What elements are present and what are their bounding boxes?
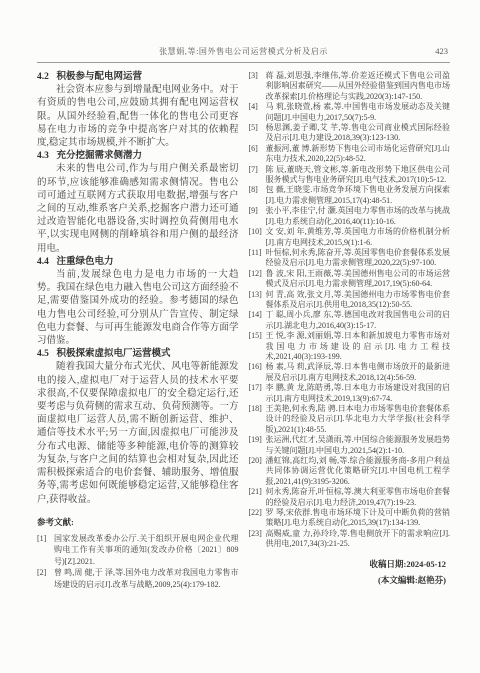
section-paragraph: 未来的售电公司,作为与用户侧关系最密切的环节,应该能够准确感知需求侧情况。售电公… xyxy=(37,163,239,255)
reference-number: [19] xyxy=(249,435,266,456)
reference-item: [12]鲁 波,宋 阳,王雨薇,等.美国德州售电公司的市场运营模式及启示[J].… xyxy=(249,269,451,290)
reference-item: [3]蒋 磊,刘思强,李继伟,等.价差返还模式下售电公司盈利影响因素研究——从国… xyxy=(249,71,451,102)
section-paragraph: 随着我国大量分布式光伏、风电等新能源发电的接入,虚拟电厂对于运营人员的技术水平要… xyxy=(37,361,239,506)
reference-item: [18]王美艳,何永秀,陆 骋.日本电力市场零售电价套餐体系设计的经验及启示[J… xyxy=(249,404,451,435)
paper-page: 张慧娟,等:国外售电公司运营模式分析及启示 423 4.2积极参与配电网运营 社… xyxy=(0,0,480,673)
reference-number: [12] xyxy=(249,269,266,290)
section-title: 充分挖掘需求侧潜力 xyxy=(56,151,142,161)
reference-item: [2]曾 鸣,周 健,于 泽,等.国外电力改革对我国电力零售市场建设的启示[J]… xyxy=(37,567,239,590)
reference-number: [4] xyxy=(249,102,266,123)
section-heading: 4.5积极探索虚拟电厂运营模式 xyxy=(37,348,239,361)
reference-number: [14] xyxy=(249,310,266,331)
reference-number: [5] xyxy=(249,123,266,144)
reference-text: 马 莉,张晓萱,杨 素,等.中国售电市场发展动态及关键问题[J].中国电力,20… xyxy=(266,102,451,123)
section-number: 4.2 xyxy=(37,72,49,82)
reference-item: [15]王 悦,李 源,刘丽娟,等.日本和新加坡电力零售市场对我国电力市场建设的… xyxy=(249,331,451,362)
section-paragraph: 社会资本应参与到增量配电网业务中。对于有资质的售电公司,应鼓励其拥有配电网运营权… xyxy=(37,84,239,150)
reference-item: [23]高赐威,童 力,孙玲玲,等.售电侧放开下的需求响应[J].供用电,201… xyxy=(249,529,451,550)
section-number: 4.3 xyxy=(37,151,49,161)
section-title: 积极参与配电网运营 xyxy=(56,72,142,82)
references-heading: 参考文献: xyxy=(37,516,239,528)
section-heading: 4.3充分挖掘需求侧潜力 xyxy=(37,150,239,163)
reference-text: 丁 聪,周小兵,廖 东,等.德国电改对我国售电公司的启示[J].湖北电力,201… xyxy=(266,310,451,331)
reference-number: [23] xyxy=(249,529,266,550)
reference-item: [7]陈 辰,董晓天,管文彬,等.新电改形势下地区供电公司服务模式与售电业务研究… xyxy=(249,165,451,186)
reference-number: [13] xyxy=(249,290,266,311)
reference-item: [19]张运洲,代红才,吴潇雨,等.中国综合能源服务发展趋势与关键问题[J].中… xyxy=(249,435,451,456)
left-column: 4.2积极参与配电网运营 社会资本应参与到增量配电网业务中。对于有资质的售电公司… xyxy=(37,71,239,591)
reference-number: [21] xyxy=(249,487,266,508)
reference-number: [16] xyxy=(249,362,266,383)
reference-text: 包 薇,王晓雯.市场竞争环境下售电业务发展方向探索[J].电力需求侧管理,201… xyxy=(266,185,451,206)
reference-number: [10] xyxy=(249,227,266,248)
reference-text: 王 悦,李 源,刘丽娟,等.日本和新加坡电力零售市场对我国电力市场建设的启示[J… xyxy=(266,331,451,362)
right-column: [3]蒋 磊,刘思强,李继伟,等.价差返还模式下售电公司盈利影响因素研究——从国… xyxy=(249,71,451,591)
reference-number: [8] xyxy=(249,185,266,206)
section-number: 4.5 xyxy=(37,349,49,359)
reference-item: [10]文 安,刘 年,黄维芳,等.英国电力市场的价格机制分析[J].南方电网技… xyxy=(249,227,451,248)
section-heading: 4.4注重绿色电力 xyxy=(37,256,239,269)
reference-text: 曾 鸣,周 健,于 泽,等.国外电力改革对我国电力零售市场建设的启示[J].改革… xyxy=(54,567,239,590)
reference-text: 张小平,李佳宁,付 灏.英国电力零售市场的改革与挑战[J].电力系统自动化,20… xyxy=(266,206,451,227)
reference-number: [20] xyxy=(249,456,266,487)
reference-number: [11] xyxy=(249,248,266,269)
reference-item: [17]李 鹏,黄 龙,陈皓勇,等.日本电力市场建设对我国的启示[J].南方电网… xyxy=(249,383,451,404)
reference-item: [11]叶恒棕,何永秀,陈奋开,等.英国零售电价套餐体系发展经验及启示[J].电… xyxy=(249,248,451,269)
received-date-value: 2024-05-12 xyxy=(406,559,446,569)
reference-text: 陈 辰,董晓天,管文彬,等.新电改形势下地区供电公司服务模式与售电业务研究[J]… xyxy=(266,165,451,186)
section-title: 积极探索虚拟电厂运营模式 xyxy=(56,349,170,359)
reference-number: [2] xyxy=(37,567,54,590)
section-number: 4.4 xyxy=(37,257,49,267)
reference-text: 鲁 波,宋 阳,王雨薇,等.美国德州售电公司的市场运营模式及启示[J].电力需求… xyxy=(266,269,451,290)
reference-text: 蒋 磊,刘思强,李继伟,等.价差返还模式下售电公司盈利影响因素研究——从国外经验… xyxy=(266,71,451,102)
reference-item: [4]马 莉,张晓萱,杨 素,等.中国售电市场发展动态及关键问题[J].中国电力… xyxy=(249,102,451,123)
reference-item: [22]罗 琴,宋依群.售电市场环境下计及可中断负荷的营销策略[J].电力系统自… xyxy=(249,508,451,529)
reference-item: [8]包 薇,王晓雯.市场竞争环境下售电业务发展方向探索[J].电力需求侧管理,… xyxy=(249,185,451,206)
reference-text: 叶恒棕,何永秀,陈奋开,等.英国零售电价套餐体系发展经验及启示[J].电力需求侧… xyxy=(266,248,451,269)
page-header: 张慧娟,等:国外售电公司运营模式分析及启示 423 xyxy=(37,46,450,59)
reference-text: 何 青,高 效,张文月,等.美国德州电力市场零售电价套餐体系及启示[J].供用电… xyxy=(266,290,451,311)
reference-number: [1] xyxy=(37,533,54,568)
reference-number: [22] xyxy=(249,508,266,529)
reference-text: 王美艳,何永秀,陆 骋.日本电力市场零售电价套餐体系设计的经验及启示[J].华北… xyxy=(266,404,451,435)
section-paragraph: 当前,发展绿色电力是电力市场的一大趋势。我国在绿色电力融入售电公司这方面经验不足… xyxy=(37,269,239,348)
reference-number: [6] xyxy=(249,144,266,165)
reference-text: 张运洲,代红才,吴潇雨,等.中国综合能源服务发展趋势与关键问题[J].中国电力,… xyxy=(266,435,451,456)
section-title: 注重绿色电力 xyxy=(56,257,113,267)
received-date-line: 收稿日期:2024-05-12 xyxy=(249,558,451,570)
reference-item: [9]张小平,李佳宁,付 灏.英国电力零售市场的改革与挑战[J].电力系统自动化… xyxy=(249,206,451,227)
reference-number: [17] xyxy=(249,383,266,404)
reference-text: 文 安,刘 年,黄维芳,等.英国电力市场的价格机制分析[J].南方电网技术,20… xyxy=(266,227,451,248)
reference-text: 董振河,董 博.新形势下售电公司市场化运营研究[J].山东电力技术,2020,2… xyxy=(266,144,451,165)
section-heading: 4.2积极参与配电网运营 xyxy=(37,71,239,84)
header-rule xyxy=(37,62,450,63)
reference-number: [18] xyxy=(249,404,266,435)
reference-number: [9] xyxy=(249,206,266,227)
two-column-body: 4.2积极参与配电网运营 社会资本应参与到增量配电网业务中。对于有资质的售电公司… xyxy=(37,71,450,591)
reference-item: [20]潘虹锦,高红均,刘 畅,等.综合能源服务商-多用户利益共同体协调运营优化… xyxy=(249,456,451,487)
reference-text: 杨思渊,姜子卿,艾 芊,等.售电公司商业模式国际经验及启示[J].电力建设,20… xyxy=(266,123,451,144)
reference-text: 何永秀,陈奋开,叶恒棕,等.澳大利亚零售市场电价套餐的经验及启示[J].电力经济… xyxy=(266,487,451,508)
received-date-label: 收稿日期: xyxy=(369,559,406,569)
reference-number: [7] xyxy=(249,165,266,186)
running-title: 张慧娟,等:国外售电公司运营模式分析及启示 xyxy=(37,46,450,57)
editor-note: (本文编辑:赵艳芬) xyxy=(249,574,451,586)
reference-item: [21]何永秀,陈奋开,叶恒棕,等.澳大利亚零售市场电价套餐的经验及启示[J].… xyxy=(249,487,451,508)
reference-item: [16]杨 素,马 莉,武泽辰,等.日本售电侧市场放开的最新进展及启示[J].南… xyxy=(249,362,451,383)
reference-item: [5]杨思渊,姜子卿,艾 芊,等.售电公司商业模式国际经验及启示[J].电力建设… xyxy=(249,123,451,144)
reference-item: [14]丁 聪,周小兵,廖 东,等.德国电改对我国售电公司的启示[J].湖北电力… xyxy=(249,310,451,331)
reference-text: 罗 琴,宋依群.售电市场环境下计及可中断负荷的营销策略[J].电力系统自动化,2… xyxy=(266,508,451,529)
reference-item: [1]国家发展改革委办公厅.关于组织开展电网企业代理购电工作有关事项的通知(发改… xyxy=(37,533,239,568)
page-number: 423 xyxy=(435,46,448,56)
reference-number: [15] xyxy=(249,331,266,362)
reference-number: [3] xyxy=(249,71,266,102)
reference-text: 李 鹏,黄 龙,陈皓勇,等.日本电力市场建设对我国的启示[J].南方电网技术,2… xyxy=(266,383,451,404)
reference-item: [13]何 青,高 效,张文月,等.美国德州电力市场零售电价套餐体系及启示[J]… xyxy=(249,290,451,311)
reference-text: 潘虹锦,高红均,刘 畅,等.综合能源服务商-多用户利益共同体协调运营优化策略研究… xyxy=(266,456,451,487)
reference-item: [6]董振河,董 博.新形势下售电公司市场化运营研究[J].山东电力技术,202… xyxy=(249,144,451,165)
reference-text: 杨 素,马 莉,武泽辰,等.日本售电侧市场放开的最新进展及启示[J].南方电网技… xyxy=(266,362,451,383)
reference-text: 高赐威,童 力,孙玲玲,等.售电侧放开下的需求响应[J].供用电,2017,34… xyxy=(266,529,451,550)
reference-text: 国家发展改革委办公厅.关于组织开展电网企业代理购电工作有关事项的通知(发改办价格… xyxy=(54,533,239,568)
